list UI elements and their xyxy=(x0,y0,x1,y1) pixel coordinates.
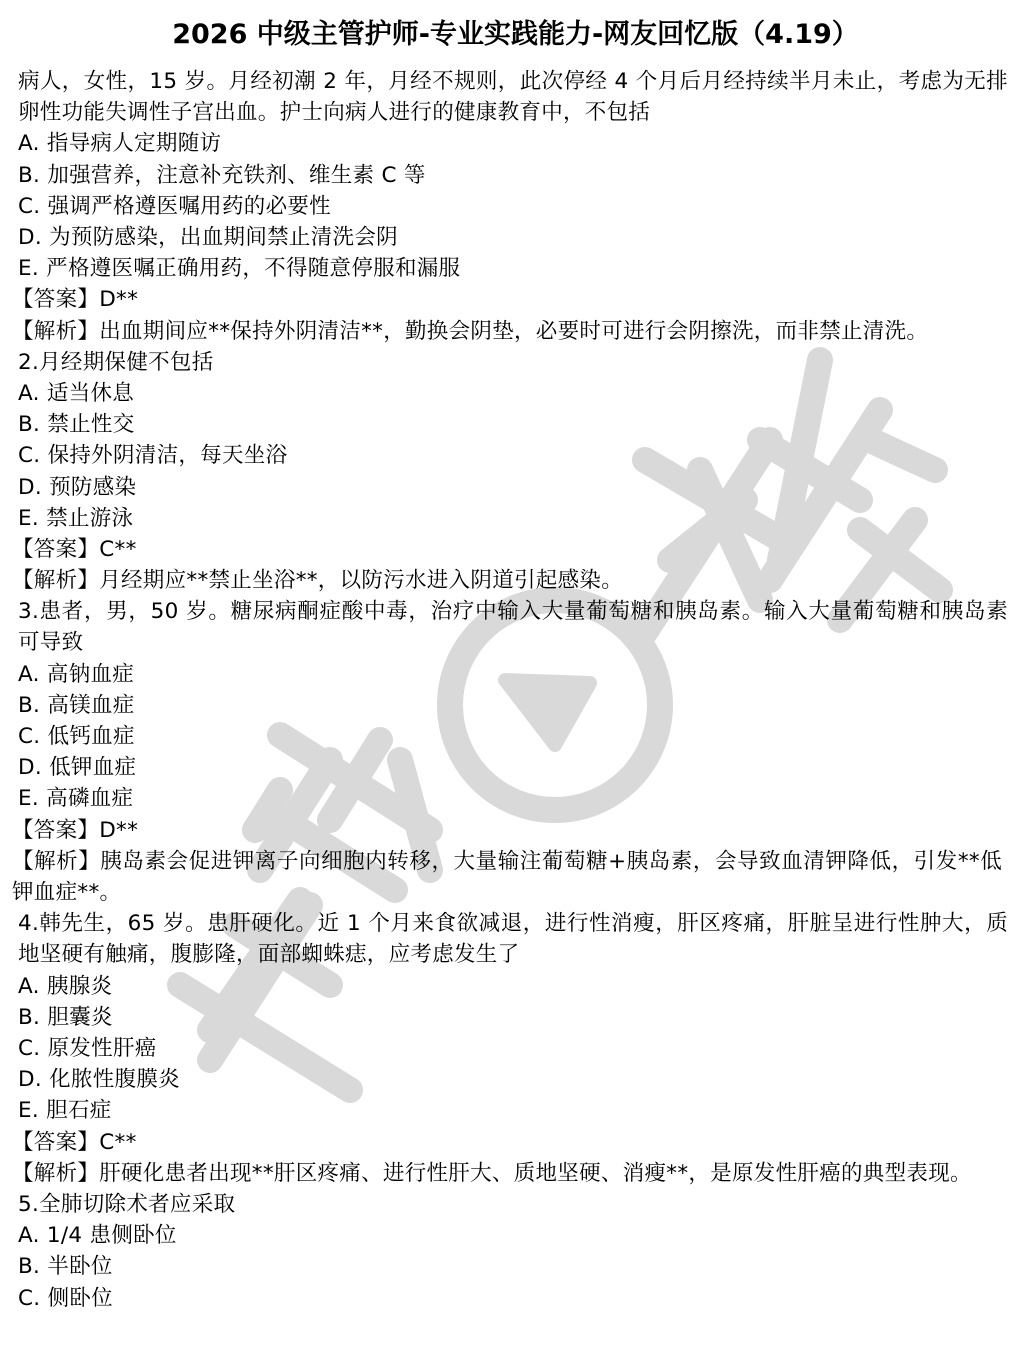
document-page: 2026 中级主管护师-专业实践能力-网友回忆版（4.19） 病人，女性，15 … xyxy=(0,4,1031,1314)
question-stem: 5.全肺切除术者应采取 xyxy=(18,1189,1008,1220)
option-c: C. 强调严格遵医嘱用药的必要性 xyxy=(18,191,1031,222)
question-3: 3.患者，男，50 岁。糖尿病酮症酸中毒，治疗中输入大量葡萄糖和胰岛素。输入大量… xyxy=(18,596,1031,908)
option-a: A. 高钠血症 xyxy=(18,659,1031,690)
question-stem: 3.患者，男，50 岁。糖尿病酮症酸中毒，治疗中输入大量葡萄糖和胰岛素。输入大量… xyxy=(18,596,1008,658)
option-d: D. 低钾血症 xyxy=(18,752,1031,783)
option-c: C. 侧卧位 xyxy=(18,1283,1031,1314)
option-a: A. 1/4 患侧卧位 xyxy=(18,1220,1031,1251)
answer: 【答案】C** xyxy=(12,534,1031,565)
question-1: 病人，女性，15 岁。月经初潮 2 年，月经不规则，此次停经 4 个月后月经持续… xyxy=(18,66,1031,347)
analysis: 【解析】出血期间应**保持外阴清洁**，勤换会阴垫，必要时可进行会阴擦洗，而非禁… xyxy=(12,316,1002,347)
option-c: C. 低钙血症 xyxy=(18,721,1031,752)
option-d: D. 预防感染 xyxy=(18,472,1031,503)
question-stem: 4.韩先生，65 岁。患肝硬化。近 1 个月来食欲减退，进行性消瘦，肝区疼痛，肝… xyxy=(18,908,1008,970)
option-a: A. 指导病人定期随访 xyxy=(18,128,1031,159)
option-b: B. 加强营养，注意补充铁剂、维生素 C 等 xyxy=(18,160,1031,191)
option-c: C. 原发性肝癌 xyxy=(18,1033,1031,1064)
option-d: D. 为预防感染，出血期间禁止清洗会阴 xyxy=(18,222,1031,253)
page-title: 2026 中级主管护师-专业实践能力-网友回忆版（4.19） xyxy=(0,4,1031,66)
answer: 【答案】D** xyxy=(12,284,1031,315)
question-5: 5.全肺切除术者应采取 A. 1/4 患侧卧位 B. 半卧位 C. 侧卧位 xyxy=(18,1189,1031,1314)
analysis: 【解析】肝硬化患者出现**肝区疼痛、进行性肝大、质地坚硬、消瘦**，是原发性肝癌… xyxy=(12,1158,1002,1189)
option-e: E. 禁止游泳 xyxy=(18,503,1031,534)
option-e: E. 胆石症 xyxy=(18,1095,1031,1126)
option-b: B. 高镁血症 xyxy=(18,690,1031,721)
answer: 【答案】C** xyxy=(12,1127,1031,1158)
analysis: 【解析】月经期应**禁止坐浴**，以防污水进入阴道引起感染。 xyxy=(12,565,1002,596)
answer: 【答案】D** xyxy=(12,815,1031,846)
question-2: 2.月经期保健不包括 A. 适当休息 B. 禁止性交 C. 保持外阴清洁，每天坐… xyxy=(18,347,1031,597)
question-4: 4.韩先生，65 岁。患肝硬化。近 1 个月来食欲减退，进行性消瘦，肝区疼痛，肝… xyxy=(18,908,1031,1189)
option-b: B. 半卧位 xyxy=(18,1251,1031,1282)
analysis: 【解析】胰岛素会促进钾离子向细胞内转移，大量输注葡萄糖+胰岛素，会导致血清钾降低… xyxy=(12,846,1002,908)
question-stem: 2.月经期保健不包括 xyxy=(18,347,1008,378)
option-d: D. 化脓性腹膜炎 xyxy=(18,1064,1031,1095)
option-b: B. 胆囊炎 xyxy=(18,1002,1031,1033)
option-b: B. 禁止性交 xyxy=(18,409,1031,440)
option-e: E. 高磷血症 xyxy=(18,783,1031,814)
option-c: C. 保持外阴清洁，每天坐浴 xyxy=(18,440,1031,471)
option-a: A. 胰腺炎 xyxy=(18,971,1031,1002)
question-stem: 病人，女性，15 岁。月经初潮 2 年，月经不规则，此次停经 4 个月后月经持续… xyxy=(18,66,1008,128)
option-e: E. 严格遵医嘱正确用药，不得随意停服和漏服 xyxy=(18,253,1031,284)
option-a: A. 适当休息 xyxy=(18,378,1031,409)
